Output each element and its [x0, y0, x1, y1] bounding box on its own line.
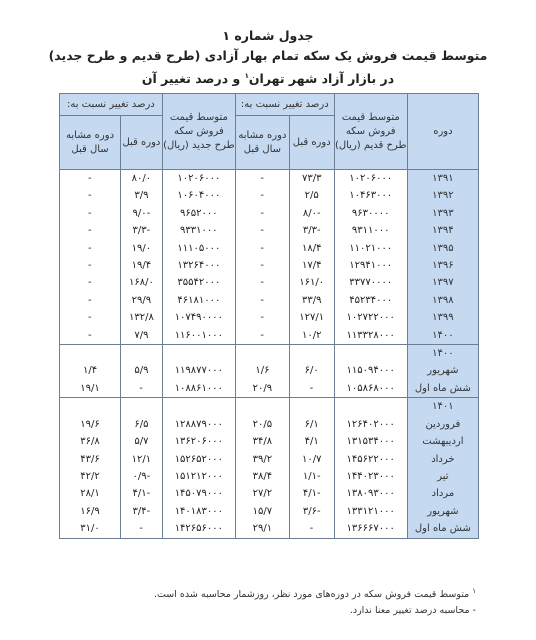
new-yoy-cell: ۳۶/۸: [60, 433, 121, 450]
coin-price-table: دوره متوسط قیمت فروش سکه طرح قدیم (ریال)…: [59, 93, 479, 539]
period-cell: ۱۳۹۲: [407, 187, 478, 204]
old-yoy-cell: ۲۰/۵: [235, 416, 289, 433]
period-cell: ۱۳۹۴: [407, 222, 478, 239]
table-row: فروردین۱۲۶۴۰۲۰۰۰۶/۱۲۰/۵۱۲۸۸۷۹۰۰۰۶/۵۱۹/۶: [60, 416, 479, 433]
new-yoy-cell: ۱۹/۱: [60, 380, 121, 398]
new-prev-cell: -۳/۴: [121, 503, 163, 520]
empty-cell: [121, 398, 163, 416]
new-yoy-cell: -: [60, 205, 121, 222]
old-price-cell: ۱۰۲۰۶۰۰۰: [334, 170, 407, 188]
new-price-cell: ۱۰۷۴۹۰۰۰۰: [162, 309, 235, 326]
old-yoy-cell: -: [235, 292, 289, 309]
empty-cell: [289, 345, 334, 363]
title-line-3: در بازار آزاد شهر تهران۱ و درصد تغییر آن: [0, 66, 536, 89]
table-row: تیر۱۴۴۰۲۳۰۰۰-۱/۱۳۸/۴۱۵۱۲۱۲۰۰۰-۰/۹۴۲/۲: [60, 468, 479, 485]
new-prev-cell: ۱۶۸/۰: [121, 274, 163, 291]
new-yoy-cell: ۱/۴: [60, 362, 121, 379]
old-price-cell: ۱۳۳۱۲۱۰۰۰: [334, 503, 407, 520]
empty-cell: [334, 345, 407, 363]
new-price-cell: ۱۱۶۰۰۱۰۰۰: [162, 327, 235, 345]
new-prev-cell: -۹/۰: [121, 205, 163, 222]
table-row: شش ماه اول۱۳۶۶۶۷۰۰۰-۲۹/۱۱۴۲۶۵۶۰۰۰-۳۱/۰: [60, 520, 479, 538]
new-prev-cell: ۳/۹: [121, 187, 163, 204]
new-prev-cell: ۱۲/۱: [121, 451, 163, 468]
header-new-yoy: دوره مشابه سال قبل: [60, 116, 121, 170]
old-price-cell: ۱۲۹۴۱۰۰۰: [334, 257, 407, 274]
new-price-cell: ۴۶۱۸۱۰۰۰: [162, 292, 235, 309]
group-1401: ۱۴۰۱فروردین۱۲۶۴۰۲۰۰۰۶/۱۲۰/۵۱۲۸۸۷۹۰۰۰۶/۵۱…: [60, 398, 479, 538]
new-price-cell: ۱۰۲۰۶۰۰۰: [162, 170, 235, 188]
table-row: اردیبهشت۱۳۱۵۳۴۰۰۰۴/۱۳۴/۸۱۳۶۲۰۶۰۰۰۵/۷۳۶/۸: [60, 433, 479, 450]
old-price-cell: ۱۴۴۰۲۳۰۰۰: [334, 468, 407, 485]
old-yoy-cell: -: [235, 187, 289, 204]
old-price-cell: ۱۱۵۰۹۴۰۰۰: [334, 362, 407, 379]
new-price-cell: ۱۰۶۰۴۰۰۰: [162, 187, 235, 204]
old-yoy-cell: ۳۸/۴: [235, 468, 289, 485]
old-prev-cell: ۱۸/۴: [289, 240, 334, 257]
table-row: ۱۳۹۴۹۳۱۱۰۰۰-۳/۳-۹۳۳۱۰۰۰-۳/۳-: [60, 222, 479, 239]
old-prev-cell: ۷۳/۳: [289, 170, 334, 188]
table-row: خرداد۱۴۵۶۲۲۰۰۰۱۰/۷۳۹/۲۱۵۲۶۵۲۰۰۰۱۲/۱۴۳/۶: [60, 451, 479, 468]
new-price-cell: ۱۰۸۸۶۱۰۰۰: [162, 380, 235, 398]
new-prev-cell: ۵/۹: [121, 362, 163, 379]
old-prev-cell: ۶/۰: [289, 362, 334, 379]
old-price-cell: ۱۰۵۸۶۸۰۰۰: [334, 380, 407, 398]
old-prev-cell: -: [289, 380, 334, 398]
new-yoy-cell: -: [60, 274, 121, 291]
empty-cell: [162, 345, 235, 363]
old-price-cell: ۱۰۴۶۳۰۰۰: [334, 187, 407, 204]
new-prev-cell: -: [121, 380, 163, 398]
period-cell: شهریور: [407, 362, 478, 379]
new-yoy-cell: ۲۸/۱: [60, 485, 121, 502]
old-yoy-cell: -: [235, 257, 289, 274]
new-yoy-cell: -: [60, 170, 121, 188]
new-yoy-cell: -: [60, 327, 121, 345]
old-price-cell: ۹۳۱۱۰۰۰: [334, 222, 407, 239]
new-price-cell: ۱۳۲۶۴۰۰۰: [162, 257, 235, 274]
old-yoy-cell: -: [235, 309, 289, 326]
empty-cell: [121, 345, 163, 363]
old-yoy-cell: -: [235, 222, 289, 239]
old-prev-cell: -۳/۳: [289, 222, 334, 239]
table-row: ۱۳۹۲۱۰۴۶۳۰۰۰۲/۵-۱۰۶۰۴۰۰۰۳/۹-: [60, 187, 479, 204]
period-cell: شش ماه اول: [407, 380, 478, 398]
new-price-cell: ۱۵۱۲۱۲۰۰۰: [162, 468, 235, 485]
old-yoy-cell: ۲۹/۱: [235, 520, 289, 538]
old-prev-cell: ۱۰/۷: [289, 451, 334, 468]
table-row: ۱۳۹۳۹۶۳۰۰۰۰-۸/۰-۹۶۵۲۰۰۰-۹/۰-: [60, 205, 479, 222]
table-row: مرداد۱۳۸۰۹۳۰۰۰-۴/۱۲۷/۲۱۴۵۰۷۹۰۰۰-۴/۱۲۸/۱: [60, 485, 479, 502]
empty-cell: [235, 398, 289, 416]
empty-cell: [235, 345, 289, 363]
old-yoy-cell: ۱۵/۷: [235, 503, 289, 520]
title-line-2: متوسط قیمت فروش یک سکه تمام بهار آزادی (…: [0, 46, 536, 66]
table-row: ۱۴۰۰۱۱۳۳۲۸۰۰۰۱۰/۲-۱۱۶۰۰۱۰۰۰۷/۹-: [60, 327, 479, 345]
old-yoy-cell: ۱/۶: [235, 362, 289, 379]
old-prev-cell: ۶/۱: [289, 416, 334, 433]
period-cell: ۱۳۹۷: [407, 274, 478, 291]
new-yoy-cell: -: [60, 187, 121, 204]
period-cell: فروردین: [407, 416, 478, 433]
new-prev-cell: ۲۹/۹: [121, 292, 163, 309]
old-yoy-cell: -: [235, 274, 289, 291]
footnote-1: ۱ متوسط قیمت فروش سکه در دوره‌های مورد ن…: [154, 583, 476, 603]
header-old-yoy: دوره مشابه سال قبل: [235, 116, 289, 170]
new-prev-cell: -: [121, 520, 163, 538]
old-prev-cell: ۲/۵: [289, 187, 334, 204]
new-prev-cell: ۸۰/۰: [121, 170, 163, 188]
old-price-cell: ۱۳۶۶۶۷۰۰۰: [334, 520, 407, 538]
new-prev-cell: ۱۹/۴: [121, 257, 163, 274]
new-price-cell: ۱۴۰۱۸۳۰۰۰: [162, 503, 235, 520]
new-yoy-cell: ۴۲/۲: [60, 468, 121, 485]
old-prev-cell: -۸/۰: [289, 205, 334, 222]
old-yoy-cell: -: [235, 327, 289, 345]
year-label: ۱۴۰۰: [407, 345, 478, 363]
new-prev-cell: ۶/۵: [121, 416, 163, 433]
old-price-cell: ۳۳۷۷۰۰۰۰: [334, 274, 407, 291]
old-yoy-cell: ۲۰/۹: [235, 380, 289, 398]
period-cell: شش ماه اول: [407, 520, 478, 538]
old-prev-cell: ۴/۱: [289, 433, 334, 450]
table-row: ۱۳۹۱۱۰۲۰۶۰۰۰۷۳/۳-۱۰۲۰۶۰۰۰۸۰/۰-: [60, 170, 479, 188]
period-cell: شهریور: [407, 503, 478, 520]
old-price-cell: ۱۲۶۴۰۲۰۰۰: [334, 416, 407, 433]
old-price-cell: ۱۱۳۳۲۸۰۰۰: [334, 327, 407, 345]
header-new-prev: دوره قبل: [121, 116, 163, 170]
new-yoy-cell: -: [60, 240, 121, 257]
empty-cell: [289, 398, 334, 416]
new-price-cell: ۳۵۵۴۲۰۰۰: [162, 274, 235, 291]
header-old-change: درصد تغییر نسبت به:: [235, 94, 334, 116]
period-cell: ۱۳۹۳: [407, 205, 478, 222]
old-yoy-cell: -: [235, 240, 289, 257]
old-price-cell: ۱۳۱۵۳۴۰۰۰: [334, 433, 407, 450]
period-cell: ۱۳۹۱: [407, 170, 478, 188]
period-cell: مرداد: [407, 485, 478, 502]
table-row: ۱۳۹۷۳۳۷۷۰۰۰۰۱۶۱/۰-۳۵۵۴۲۰۰۰۱۶۸/۰-: [60, 274, 479, 291]
new-price-cell: ۱۱۹۸۷۷۰۰۰: [162, 362, 235, 379]
new-price-cell: ۱۳۶۲۰۶۰۰۰: [162, 433, 235, 450]
new-prev-cell: ۵/۷: [121, 433, 163, 450]
old-price-cell: ۱۰۲۷۲۲۰۰۰: [334, 309, 407, 326]
new-price-cell: ۱۲۸۸۷۹۰۰۰: [162, 416, 235, 433]
year-label: ۱۴۰۱: [407, 398, 478, 416]
group-1400: ۱۴۰۰شهریور۱۱۵۰۹۴۰۰۰۶/۰۱/۶۱۱۹۸۷۷۰۰۰۵/۹۱/۴…: [60, 345, 479, 398]
old-yoy-cell: -: [235, 170, 289, 188]
new-price-cell: ۱۴۲۶۵۶۰۰۰: [162, 520, 235, 538]
footnote-2: - محاسبه درصد تغییر معنا ندارد.: [154, 603, 476, 619]
table-row: شهریور۱۳۳۱۲۱۰۰۰-۳/۶۱۵/۷۱۴۰۱۸۳۰۰۰-۳/۴۱۶/۹: [60, 503, 479, 520]
period-cell: ۱۴۰۰: [407, 327, 478, 345]
period-cell: ۱۳۹۸: [407, 292, 478, 309]
period-cell: ۱۳۹۹: [407, 309, 478, 326]
footnotes: ۱ متوسط قیمت فروش سکه در دوره‌های مورد ن…: [154, 583, 476, 619]
old-price-cell: ۹۶۳۰۰۰۰: [334, 205, 407, 222]
old-price-cell: ۱۴۵۶۲۲۰۰۰: [334, 451, 407, 468]
old-yoy-cell: ۲۷/۲: [235, 485, 289, 502]
table-row: شهریور۱۱۵۰۹۴۰۰۰۶/۰۱/۶۱۱۹۸۷۷۰۰۰۵/۹۱/۴: [60, 362, 479, 379]
old-price-cell: ۱۱۰۲۱۰۰۰: [334, 240, 407, 257]
new-prev-cell: ۱۳۲/۸: [121, 309, 163, 326]
period-cell: خرداد: [407, 451, 478, 468]
old-prev-cell: ۱۷/۴: [289, 257, 334, 274]
title-line-1: جدول شماره ۱: [0, 26, 536, 46]
old-prev-cell: ۳۳/۹: [289, 292, 334, 309]
old-yoy-cell: ۳۴/۸: [235, 433, 289, 450]
new-prev-cell: -۴/۱: [121, 485, 163, 502]
new-yoy-cell: -: [60, 222, 121, 239]
new-prev-cell: ۷/۹: [121, 327, 163, 345]
period-cell: ۱۳۹۶: [407, 257, 478, 274]
old-prev-cell: -۱/۱: [289, 468, 334, 485]
new-yoy-cell: -: [60, 292, 121, 309]
header-old-prev: دوره قبل: [289, 116, 334, 170]
old-prev-cell: ۱۶۱/۰: [289, 274, 334, 291]
old-price-cell: ۱۳۸۰۹۳۰۰۰: [334, 485, 407, 502]
old-yoy-cell: ۳۹/۲: [235, 451, 289, 468]
table-row: ۱۳۹۹۱۰۲۷۲۲۰۰۰۱۲۷/۱-۱۰۷۴۹۰۰۰۰۱۳۲/۸-: [60, 309, 479, 326]
table-row: شش ماه اول۱۰۵۸۶۸۰۰۰-۲۰/۹۱۰۸۸۶۱۰۰۰-۱۹/۱: [60, 380, 479, 398]
period-cell: اردیبهشت: [407, 433, 478, 450]
new-yoy-cell: -: [60, 257, 121, 274]
old-prev-cell: -۴/۱: [289, 485, 334, 502]
table-row: ۱۳۹۶۱۲۹۴۱۰۰۰۱۷/۴-۱۳۲۶۴۰۰۰۱۹/۴-: [60, 257, 479, 274]
annual-rows: ۱۳۹۱۱۰۲۰۶۰۰۰۷۳/۳-۱۰۲۰۶۰۰۰۸۰/۰-۱۳۹۲۱۰۴۶۳۰…: [60, 170, 479, 345]
new-price-cell: ۱۵۲۶۵۲۰۰۰: [162, 451, 235, 468]
header-old-price: متوسط قیمت فروش سکه طرح قدیم (ریال): [334, 94, 407, 170]
empty-cell: [334, 398, 407, 416]
empty-cell: [60, 398, 121, 416]
new-prev-cell: -۳/۳: [121, 222, 163, 239]
empty-cell: [162, 398, 235, 416]
new-prev-cell: -۰/۹: [121, 468, 163, 485]
new-yoy-cell: ۳۱/۰: [60, 520, 121, 538]
old-prev-cell: -: [289, 520, 334, 538]
new-price-cell: ۱۱۱۰۵۰۰۰: [162, 240, 235, 257]
old-yoy-cell: -: [235, 205, 289, 222]
header-new-change: درصد تغییر نسبت به:: [60, 94, 163, 116]
new-yoy-cell: ۱۶/۹: [60, 503, 121, 520]
new-price-cell: ۱۴۵۰۷۹۰۰۰: [162, 485, 235, 502]
period-cell: ۱۳۹۵: [407, 240, 478, 257]
old-price-cell: ۴۵۲۳۴۰۰۰: [334, 292, 407, 309]
new-price-cell: ۹۳۳۱۰۰۰: [162, 222, 235, 239]
new-yoy-cell: -: [60, 309, 121, 326]
table-row: ۱۳۹۵۱۱۰۲۱۰۰۰۱۸/۴-۱۱۱۰۵۰۰۰۱۹/۰-: [60, 240, 479, 257]
new-yoy-cell: ۴۳/۶: [60, 451, 121, 468]
old-prev-cell: ۱۰/۲: [289, 327, 334, 345]
new-prev-cell: ۱۹/۰: [121, 240, 163, 257]
empty-cell: [60, 345, 121, 363]
table-row: ۱۳۹۸۴۵۲۳۴۰۰۰۳۳/۹-۴۶۱۸۱۰۰۰۲۹/۹-: [60, 292, 479, 309]
period-cell: تیر: [407, 468, 478, 485]
new-yoy-cell: ۱۹/۶: [60, 416, 121, 433]
table-title: جدول شماره ۱ متوسط قیمت فروش یک سکه تمام…: [0, 26, 536, 89]
header-period: دوره: [407, 94, 478, 170]
header-new-price: متوسط قیمت فروش سکه طرح جدید (ریال): [162, 94, 235, 170]
new-price-cell: ۹۶۵۲۰۰۰: [162, 205, 235, 222]
old-prev-cell: ۱۲۷/۱: [289, 309, 334, 326]
old-prev-cell: -۳/۶: [289, 503, 334, 520]
